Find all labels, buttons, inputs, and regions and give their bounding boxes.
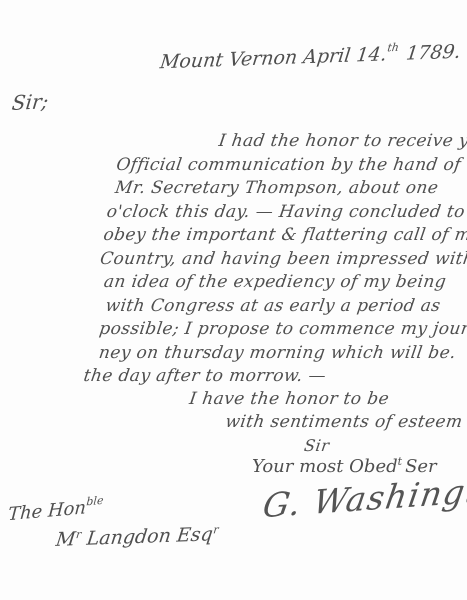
closing-line: with sentiments of esteem (224, 412, 464, 432)
body-line: Country, and having been impressed with (99, 248, 467, 272)
dateline: Mount Vernon April 14.th 1789. (159, 41, 462, 74)
body-line: possible; I propose to commence my jour (89, 318, 467, 342)
body-line: Official communication by the hand of (112, 154, 467, 178)
address-recipient-name: Langdon Esq (79, 523, 214, 550)
closing-line: Sir (303, 436, 331, 455)
body-line: ney on thursday morning which will be. (85, 342, 466, 366)
address-recipient-title: M (55, 528, 77, 551)
body-line: Mr. Secretary Thompson, about one (108, 177, 467, 201)
address-honorific-superscript: ble (86, 494, 104, 509)
dateline-year: 1789. (405, 41, 462, 65)
body-line: I had the honor to receive your (115, 130, 467, 154)
body-line: obey the important & flattering call of … (102, 224, 467, 248)
address-recipient-esq-superscript: r (212, 523, 219, 536)
valediction: Your most ObedtSer (252, 456, 437, 477)
body-line: an idea of the expediency of my being (95, 271, 467, 295)
address-recipient: Mr Langdon Esqr (55, 523, 220, 551)
valediction-text: Your most Obed (252, 456, 398, 477)
dateline-ordinal-suffix: th (387, 41, 400, 54)
dateline-place-day: Mount Vernon April 14. (159, 43, 388, 73)
body-line: o'clock this day. — Having concluded to (105, 201, 467, 225)
letter-page: Mount Vernon April 14.th 1789. Sir; I ha… (0, 0, 467, 600)
letter-body: I had the honor to receive your Official… (82, 130, 467, 389)
address-honorific: The Honble (7, 496, 103, 526)
closing-line: I have the honor to be (188, 389, 390, 409)
valediction-superscript: t (398, 455, 402, 468)
salutation: Sir; (11, 89, 50, 115)
body-line: with Congress at as early a period as (92, 295, 467, 319)
address-honorific-text: The Hon (7, 497, 86, 525)
body-line: the day after to morrow. — (82, 365, 463, 389)
